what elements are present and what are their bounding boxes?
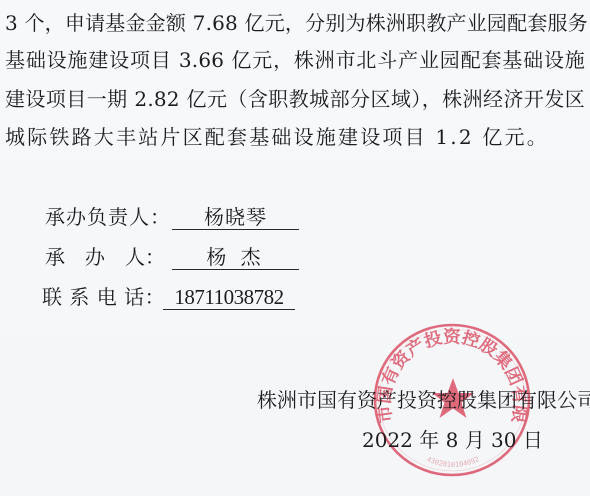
contact-row-phone: 联 系 电 话： 18711038782 — [0, 282, 320, 312]
contact-value-responsible: 杨晓琴 — [172, 202, 299, 230]
document-page: 3 个，申请基金金额 7.68 亿元，分别为株洲职教产业园配套服务 基础设施建设… — [0, 0, 590, 496]
contact-value-phone: 18711038782 — [163, 282, 295, 310]
contact-row-handler: 承 办 人： 杨 杰 — [0, 242, 320, 272]
contact-label: 承 办 人： — [45, 242, 165, 272]
contact-label: 承办负责人： — [45, 202, 171, 232]
paragraph-line: 城际铁路大丰站片区配套基础设施建设项目 1.2 亿元。 — [5, 122, 585, 152]
paragraph-line: 3 个，申请基金金额 7.68 亿元，分别为株洲职教产业园配套服务 — [5, 8, 585, 38]
signature-company: 株洲市国有资产投资控股集团有限公司 — [257, 385, 585, 415]
signature-date: 2022 年 8 月 30 日 — [362, 425, 543, 455]
seal-serial-text: 4302010104092 — [426, 455, 481, 468]
contact-value-handler: 杨 杰 — [172, 242, 299, 270]
paragraph-line: 基础设施建设项目 3.66 亿元，株洲市北斗产业园配套基础设施 — [5, 45, 585, 75]
contact-label: 联 系 电 话： — [42, 282, 165, 312]
contact-row-responsible: 承办负责人： 杨晓琴 — [0, 202, 320, 232]
paragraph-line: 建设项目一期 2.82 亿元（含职教城部分区域），株洲经济开发区 — [5, 84, 585, 114]
